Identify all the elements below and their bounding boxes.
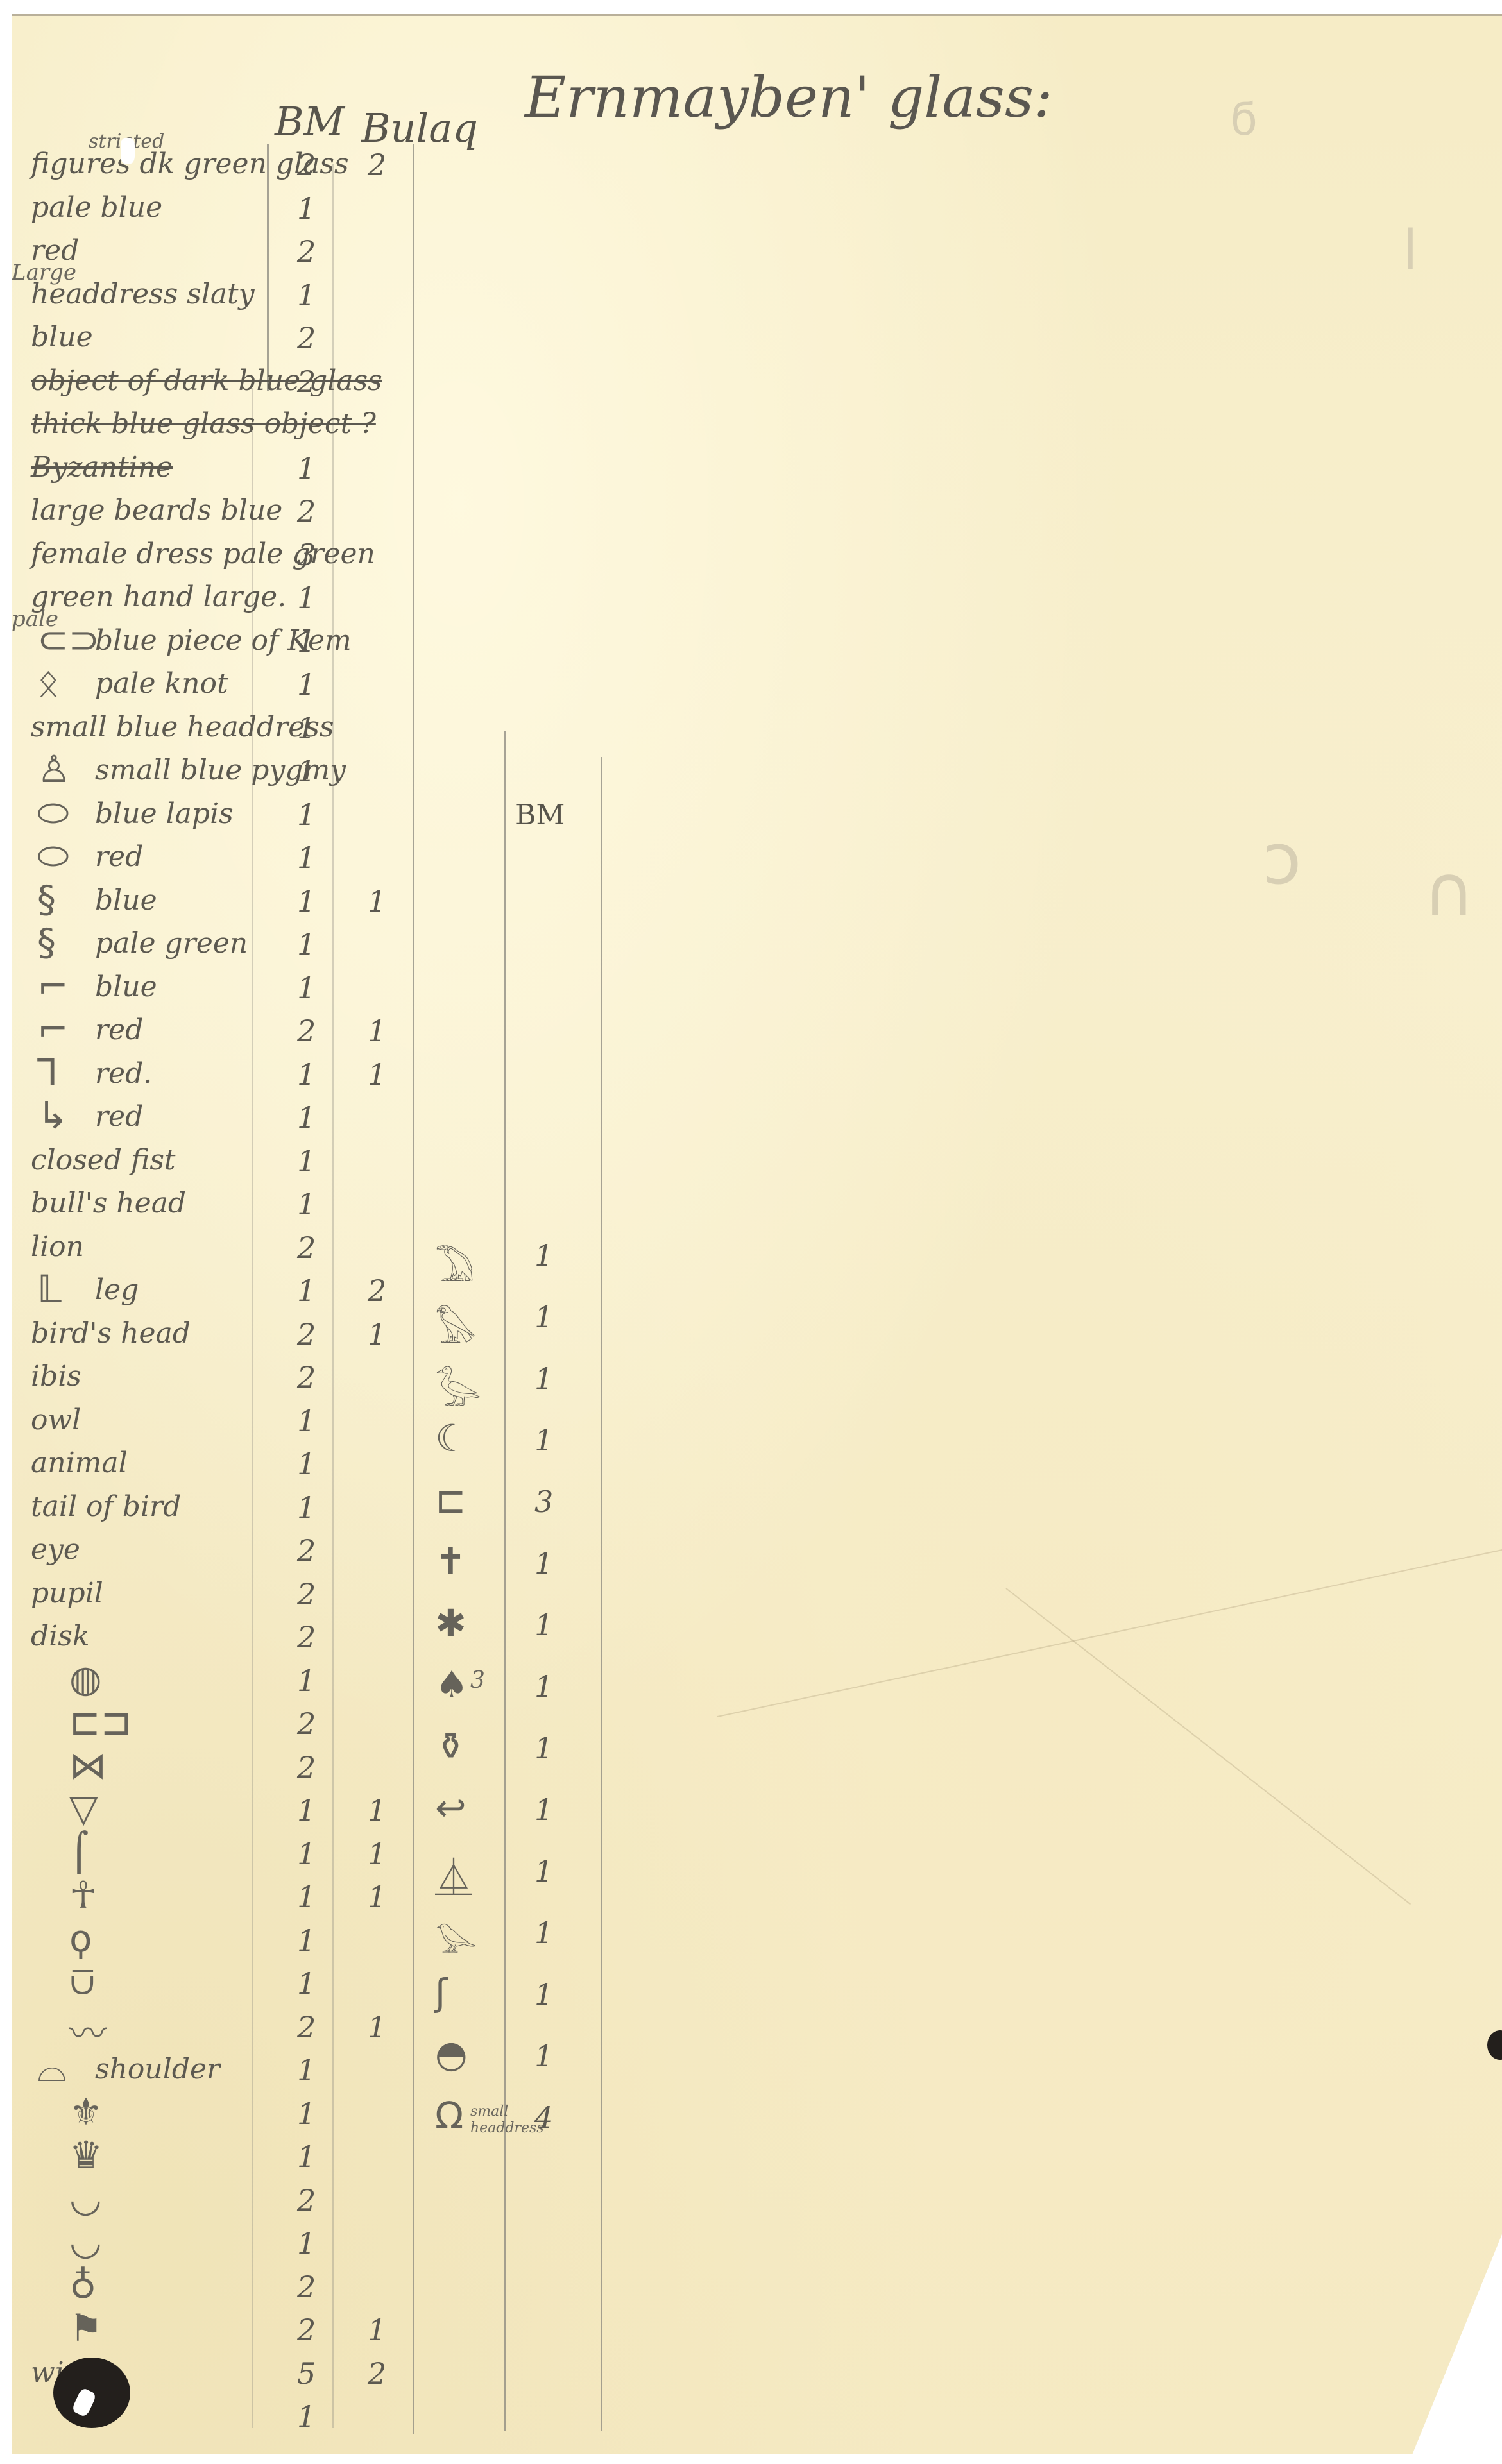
column-header-bm: BM bbox=[275, 98, 345, 145]
item-label: leg bbox=[95, 1273, 139, 1306]
bm-count: 2 bbox=[297, 234, 316, 269]
item-label: red bbox=[31, 234, 79, 267]
bm-count: 1 bbox=[297, 884, 316, 919]
bm-count: 2 bbox=[297, 1577, 316, 1611]
basket-stand-icon: ⩂ bbox=[69, 1960, 96, 2004]
bm-count: 1 bbox=[297, 971, 316, 1005]
item-label: bull's head bbox=[31, 1187, 186, 1219]
rule-main-right bbox=[413, 144, 414, 2434]
bm-count: 2 bbox=[297, 321, 316, 355]
bowl-icon: ◡ bbox=[69, 2177, 102, 2220]
mirror-icon: ϙ bbox=[69, 1917, 92, 1960]
paper-crease bbox=[717, 1543, 1502, 1717]
bm-count: 2 bbox=[297, 1706, 316, 1741]
bulaq-count: 1 bbox=[368, 884, 386, 919]
item-label: large beards blue bbox=[31, 494, 282, 527]
rule-subtable-separator bbox=[504, 731, 506, 2431]
water-icon: 〰 bbox=[69, 2003, 107, 2057]
headdress-small-icon: Ω bbox=[435, 2094, 463, 2137]
item-label: pupil bbox=[31, 1577, 103, 1610]
item-label: object of dark blue glass bbox=[31, 364, 382, 397]
bm-count: 2 bbox=[297, 2270, 316, 2304]
column-vase-icon: ⚱ bbox=[435, 1724, 466, 1768]
bm-count: 1 bbox=[297, 754, 316, 788]
loaf-icon: ◓ bbox=[435, 2032, 468, 2076]
page-title: Ernmayben' glass: bbox=[525, 64, 1053, 130]
bm-count: 2 bbox=[297, 1533, 316, 1568]
ink-blot bbox=[1487, 2030, 1502, 2060]
item-label: ibis bbox=[31, 1360, 81, 1393]
bm-count: 1 bbox=[297, 1404, 316, 1438]
show-through-mark: ↄ bbox=[1263, 818, 1301, 900]
bowl-handle-icon: ◡ bbox=[69, 2220, 102, 2263]
bm-count: 1 bbox=[297, 711, 316, 745]
vessel-icon: ▽ bbox=[69, 1787, 98, 1830]
show-through-mark: ꟾ bbox=[1404, 228, 1417, 280]
bm-count: 1 bbox=[297, 1966, 316, 2001]
item-label: pale knot bbox=[95, 667, 228, 700]
tied-bar-icon: ⋈ bbox=[69, 1744, 107, 1787]
bm-count: 1 bbox=[297, 1187, 316, 1221]
item-label: Byzantine bbox=[31, 451, 173, 484]
bulaq-count: 1 bbox=[368, 2313, 386, 2347]
bm-count: 2 bbox=[297, 494, 316, 529]
bm-count: 1 bbox=[297, 1057, 316, 1092]
cross-icon: ✝ bbox=[435, 1540, 466, 1583]
rule-bm-bulaq bbox=[332, 164, 334, 2428]
subtable-bm-count: 1 bbox=[534, 1854, 553, 1889]
mouth-icon: ⊂⊃ bbox=[37, 618, 99, 661]
subtable-bm-count: 1 bbox=[534, 1977, 553, 2012]
bulaq-count: 1 bbox=[368, 1837, 386, 1871]
bm-count: 1 bbox=[297, 1923, 316, 1958]
item-label: red bbox=[95, 840, 143, 873]
item-label: disk bbox=[31, 1620, 89, 1653]
bm-count: 2 bbox=[297, 1620, 316, 1654]
item-label: owl bbox=[31, 1404, 81, 1436]
cup-base-icon: ⏅ bbox=[435, 1848, 472, 1901]
crown-bar-icon: ♛ bbox=[69, 2133, 103, 2177]
bm-count: 1 bbox=[297, 1273, 316, 1308]
bm-count: 1 bbox=[297, 1447, 316, 1481]
bulaq-count: 1 bbox=[368, 2010, 386, 2044]
subtable-bm-count: 1 bbox=[534, 1669, 553, 1704]
bent-line-icon: ⊏ bbox=[435, 1478, 466, 1522]
crook-icon: ʃ bbox=[435, 1971, 447, 2014]
bm-count: 2 bbox=[297, 1230, 316, 1265]
bulaq-count: 1 bbox=[368, 1317, 386, 1352]
mushroom-icon: ♠ bbox=[435, 1663, 468, 1706]
bm-count: 1 bbox=[297, 1100, 316, 1135]
bm-count: 1 bbox=[297, 1793, 316, 1828]
item-label: blue bbox=[31, 321, 93, 353]
bm-count: 1 bbox=[297, 840, 316, 875]
subtable-bm-count: 1 bbox=[534, 1423, 553, 1457]
bm-count: 1 bbox=[297, 278, 316, 312]
bm-count: 1 bbox=[297, 2096, 316, 2131]
item-label: tail of bird bbox=[31, 1490, 181, 1523]
subtable-bm-count: 1 bbox=[534, 1300, 553, 1334]
bm-count: 1 bbox=[297, 1837, 316, 1871]
bent-arm-icon: ⅂ bbox=[37, 1051, 58, 1094]
item-label: blue bbox=[95, 884, 157, 917]
vulture-icon: 𓅐 bbox=[435, 1232, 474, 1293]
scorpion-icon: ✱ bbox=[435, 1601, 466, 1645]
rule-item-bm bbox=[252, 388, 253, 2428]
bm-count: 1 bbox=[297, 2139, 316, 2174]
item-label: animal bbox=[31, 1447, 128, 1479]
paper-crease bbox=[1005, 1588, 1411, 1905]
manuscript-page: ϭ ꟾ ↄ ∩ Ernmayben' glass: BM Bulaq BM La… bbox=[12, 14, 1502, 2454]
falcon-icon: 𓅃 bbox=[435, 1293, 477, 1355]
crescent-icon: ☾ bbox=[435, 1416, 468, 1460]
bm-count: 1 bbox=[297, 927, 316, 962]
arm-icon: ⌐ bbox=[37, 964, 69, 1008]
item-label: thick blue glass object ? bbox=[31, 407, 376, 440]
twisted-cord-icon: § bbox=[37, 921, 56, 964]
duck-icon: 𓅭 bbox=[435, 1355, 481, 1416]
bm-count: 1 bbox=[297, 1663, 316, 1698]
bulaq-count: 2 bbox=[368, 1273, 386, 1308]
subtable-bm-count: 3 bbox=[534, 1484, 553, 1519]
bm-count: 1 bbox=[297, 1490, 316, 1525]
glyph-annotation: 3 bbox=[470, 1672, 509, 1689]
item-label: female dress pale green bbox=[31, 538, 375, 570]
subtable-bm-count: 1 bbox=[534, 1546, 553, 1581]
bm-count: 2 bbox=[297, 2010, 316, 2044]
paper-hole bbox=[121, 138, 135, 164]
glyph-annotation: small headdress bbox=[470, 2103, 509, 2137]
item-label: red bbox=[95, 1014, 143, 1046]
bm-count: 2 bbox=[297, 1014, 316, 1048]
knot-icon: ᛟ bbox=[37, 661, 60, 704]
bulaq-count: 1 bbox=[368, 1793, 386, 1828]
bm-count: 1 bbox=[297, 624, 316, 659]
item-label: bird's head bbox=[31, 1317, 191, 1350]
item-label: red bbox=[95, 1100, 143, 1133]
item-label: pale green bbox=[95, 927, 248, 960]
cartouche-bar-icon: ⊏⊐ bbox=[69, 1700, 132, 1744]
item-label: eye bbox=[31, 1533, 80, 1566]
hook-icon: ↩ bbox=[435, 1786, 466, 1830]
staff-icon: ⌠ bbox=[69, 1830, 89, 1874]
bm-count: 3 bbox=[297, 538, 316, 572]
seated-figure-icon: ♙ bbox=[37, 747, 71, 791]
bm-count: 1 bbox=[297, 581, 316, 615]
heart-vessel-icon: ♁ bbox=[69, 2263, 96, 2307]
item-label: headdress slaty bbox=[31, 278, 255, 310]
item-label: shoulder bbox=[95, 2053, 220, 2086]
item-label: lion bbox=[31, 1230, 84, 1263]
bm-count: 2 bbox=[297, 1317, 316, 1352]
bulaq-count: 1 bbox=[368, 1057, 386, 1092]
bm-count: 1 bbox=[297, 1144, 316, 1178]
rule-item-bm-short bbox=[267, 144, 269, 391]
bm-count: 2 bbox=[297, 1360, 316, 1395]
subtable-bm-count: 1 bbox=[534, 1238, 553, 1273]
rule-subtable-right bbox=[601, 757, 602, 2431]
bm-count: 1 bbox=[297, 191, 316, 226]
bm-count: 1 bbox=[297, 451, 316, 486]
bm-count: 2 bbox=[297, 2183, 316, 2218]
subtable-bm-count: 1 bbox=[534, 1608, 553, 1642]
bm-count: 1 bbox=[297, 797, 316, 832]
ankh-icon: ☥ bbox=[69, 1873, 97, 1917]
subtable-bm-count: 1 bbox=[534, 1792, 553, 1827]
subtable-bm-count: 4 bbox=[534, 2100, 553, 2135]
eye-oval-icon: ⬭ bbox=[37, 834, 69, 878]
bulaq-count: 1 bbox=[368, 1880, 386, 1914]
bm-count: 2 bbox=[297, 2313, 316, 2347]
bm-count: 1 bbox=[297, 1880, 316, 1914]
bulaq-count: 2 bbox=[368, 2356, 386, 2391]
item-label: blue lapis bbox=[95, 797, 234, 830]
bulaq-count: 2 bbox=[368, 148, 386, 182]
item-label: green hand large. bbox=[31, 581, 286, 613]
bulaq-count: 1 bbox=[368, 1014, 386, 1048]
lily-icon: ⚜ bbox=[69, 2090, 103, 2134]
bm-count: 1 bbox=[297, 2053, 316, 2087]
bm-count: 2 bbox=[297, 1750, 316, 1785]
bm-count: 1 bbox=[297, 667, 316, 702]
bm-count: 2 bbox=[297, 148, 316, 182]
bm-count: 1 bbox=[297, 2399, 316, 2434]
small-bird-icon: 𓅪 bbox=[435, 1909, 477, 1971]
subtable-bm-count: 1 bbox=[534, 1731, 553, 1765]
show-through-mark: ∩ bbox=[1423, 850, 1475, 932]
twisted-cord-icon: § bbox=[37, 878, 56, 921]
item-label: red. bbox=[95, 1057, 152, 1090]
bm-count: 1 bbox=[297, 2226, 316, 2261]
item-label: blue bbox=[95, 971, 157, 1003]
leg-icon: 𝕃 bbox=[37, 1267, 62, 1311]
item-label: small blue headdress bbox=[31, 711, 334, 743]
hatched-disk-icon: ◍ bbox=[69, 1657, 102, 1701]
item-label: closed fist bbox=[31, 1144, 176, 1177]
flag-icon: ⚑ bbox=[69, 2306, 103, 2350]
bm-count: 5 bbox=[297, 2356, 316, 2391]
bm-count: 2 bbox=[297, 364, 316, 399]
arm-icon: ⌐ bbox=[37, 1007, 69, 1051]
item-label: pale blue bbox=[31, 191, 162, 224]
shoulder-icon: ⌓ bbox=[37, 2046, 67, 2091]
subtable-header-bm: BM bbox=[515, 799, 565, 831]
eye-oval-icon: ⬭ bbox=[37, 791, 69, 835]
arm-hand-icon: ↳ bbox=[37, 1094, 69, 1137]
show-through-mark: ϭ bbox=[1231, 93, 1258, 146]
subtable-bm-count: 1 bbox=[534, 2039, 553, 2073]
subtable-bm-count: 1 bbox=[534, 1361, 553, 1396]
column-header-bulaq: Bulaq bbox=[361, 105, 478, 151]
subtable-bm-count: 1 bbox=[534, 1916, 553, 1950]
